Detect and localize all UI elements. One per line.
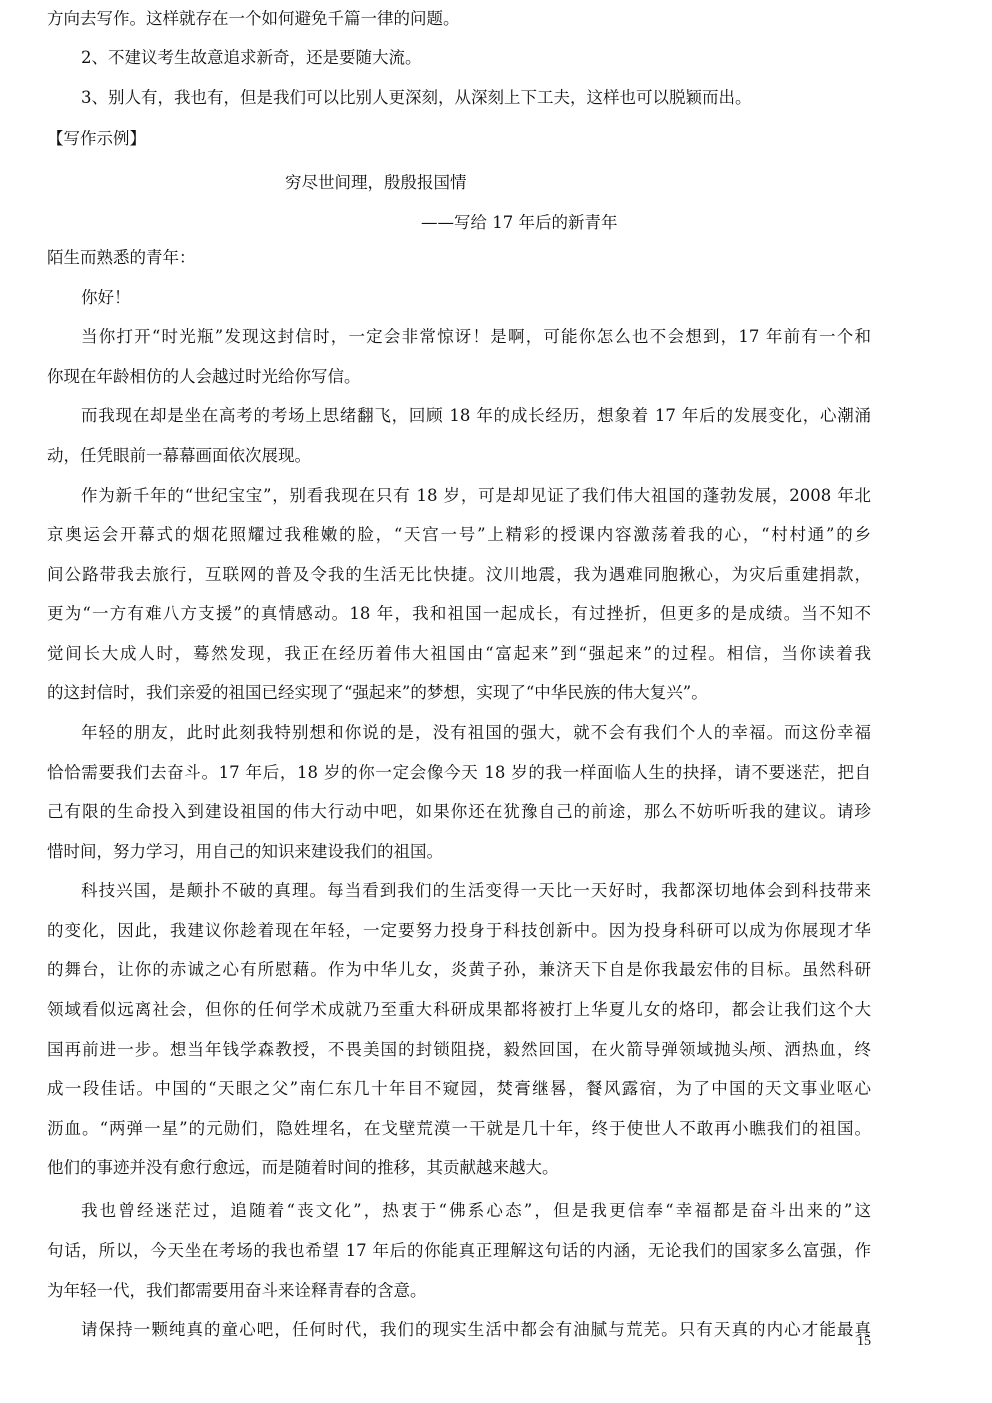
list-item-2: 2、不建议考生故意追求新奇，还是要随大流。 <box>47 48 871 68</box>
greeting: 你好！ <box>47 288 871 308</box>
paragraph-line: 国再前进一步。想当年钱学森教授，不畏美国的封锁阻挠，毅然回国，在火箭导弹领域抛头… <box>47 1040 871 1060</box>
paragraph-line: 请保持一颗纯真的童心吧，任何时代，我们的现实生活中都会有油腻与荒芜。只有天真的内… <box>47 1320 871 1340</box>
paragraph-line: 科技兴国，是颠扑不破的真理。每当看到我们的生活变得一天比一天好时，我都深切地体会… <box>47 881 871 901</box>
paragraph-line: 觉间长大成人时，蓦然发现，我正在经历着伟大祖国由“富起来”到“强起来”的过程。相… <box>47 644 871 664</box>
essay-title: 穷尽世间理，殷殷报国情 <box>285 169 467 193</box>
paragraph-line: 为年轻一代，我们都需要用奋斗来诠释青春的含意。 <box>47 1281 871 1301</box>
paragraph-line: 年轻的朋友，此时此刻我特别想和你说的是，没有祖国的强大，就不会有我们个人的幸福。… <box>47 723 871 743</box>
paragraph-line: 的舞台，让你的赤诚之心有所慰藉。作为中华儿女，炎黄子孙，兼济天下自是你我最宏伟的… <box>47 960 871 980</box>
paragraph-line: 的变化，因此，我建议你趁着现在年轻，一定要努力投身于科技创新中。因为投身科研可以… <box>47 921 871 941</box>
paragraph-line: 间公路带我去旅行，互联网的普及令我的生活无比快捷。汶川地震，我为遇难同胞揪心，为… <box>47 565 871 585</box>
paragraph-line: 恰恰需要我们去奋斗。17 年后，18 岁的你一定会像今天 18 岁的我一样面临人… <box>47 763 871 783</box>
paragraph-line: 领域看似远离社会，但你的任何学术成就乃至重大科研成果都将被打上华夏儿女的烙印，都… <box>47 1000 871 1020</box>
paragraph-line: 而我现在却是坐在高考的考场上思绪翻飞，回顾 18 年的成长经历，想象着 17 年… <box>47 406 871 426</box>
paragraph-line: 你现在年龄相仿的人会越过时光给你写信。 <box>47 367 871 387</box>
paragraph-line: 当你打开“时光瓶”发现这封信时，一定会非常惊讶！是啊，可能你怎么也不会想到，17… <box>47 327 871 347</box>
salutation: 陌生而熟悉的青年： <box>47 248 871 268</box>
paragraph-line: 的这封信时，我们亲爱的祖国已经实现了“强起来”的梦想，实现了“中华民族的伟大复兴… <box>47 683 871 703</box>
essay-subtitle: ——写给 17 年后的新青年 <box>421 209 618 233</box>
paragraph-line: 我也曾经迷茫过，追随着“丧文化”，热衷于“佛系心态”，但是我更信奉“幸福都是奋斗… <box>47 1201 871 1221</box>
section-heading: 【写作示例】 <box>47 129 871 149</box>
paragraph-line: 动，任凭眼前一幕幕画面依次展现。 <box>47 446 871 466</box>
page-number: 15 <box>857 1334 871 1350</box>
list-item-3: 3、别人有，我也有，但是我们可以比别人更深刻，从深刻上下工夫，这样也可以脱颖而出… <box>47 88 871 108</box>
paragraph-line: 沥血。“两弹一星”的元勋们，隐姓埋名，在戈壁荒漠一干就是几十年，终于使世人不敢再… <box>47 1119 871 1139</box>
paragraph-line: 成一段佳话。中国的“天眼之父”南仁东几十年目不窥园，焚膏继晷，餐风露宿，为了中国… <box>47 1079 871 1099</box>
paragraph-line: 京奥运会开幕式的烟花照耀过我稚嫩的脸，“天宫一号”上精彩的授课内容激荡着我的心，… <box>47 525 871 545</box>
paragraph-line: 惜时间，努力学习，用自己的知识来建设我们的祖国。 <box>47 842 871 862</box>
paragraph-line: 作为新千年的“世纪宝宝”，别看我现在只有 18 岁，可是却见证了我们伟大祖国的蓬… <box>47 486 871 506</box>
paragraph-line: 己有限的生命投入到建设祖国的伟大行动中吧，如果你还在犹豫自己的前途，那么不妨听听… <box>47 802 871 822</box>
paragraph-line: 更为“一方有难八方支援”的真情感动。18 年，我和祖国一起成长，有过挫折，但更多… <box>47 604 871 624</box>
text-line: 方向去写作。这样就存在一个如何避免千篇一律的问题。 <box>47 9 871 29</box>
paragraph-line: 句话，所以，今天坐在考场的我也希望 17 年后的你能真正理解这句话的内涵，无论我… <box>47 1241 871 1261</box>
paragraph-line: 他们的事迹并没有愈行愈远，而是随着时间的推移，其贡献越来越大。 <box>47 1158 871 1178</box>
